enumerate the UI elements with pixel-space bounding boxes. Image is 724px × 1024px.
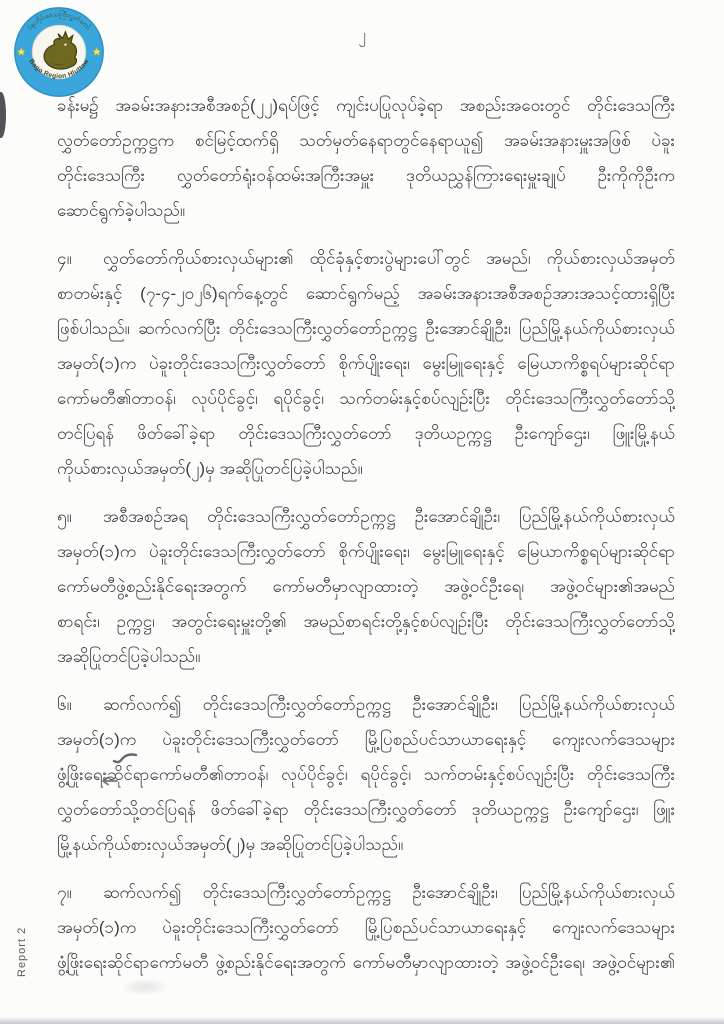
text-line: လွှတ်တော်ဥက္ကဋ္ဌက စင်မြင့်ထက်ရှိ သတ်မှတ်… xyxy=(57,123,675,158)
paragraph: ခန်းမ၌ အခမ်းအနားအစီအစဉ်(၂၂)ရပ်ဖြင့် ကျင်… xyxy=(57,88,675,228)
pen-checkmark-icon xyxy=(112,752,138,766)
scan-smudge xyxy=(120,978,170,996)
paragraph-number: ၄။ xyxy=(57,241,103,276)
text-line: ဆက်လက်၍ တိုင်းဒေသကြီးလွှတ်တော်ဥက္ကဋ္ဌ ဦး… xyxy=(103,875,675,910)
paragraph-number: ၆။ xyxy=(57,687,103,722)
paragraph: ၄။ လွှတ်တော်ကိုယ်စားလှယ်များ၏ ထိုင်ခုံနှ… xyxy=(57,241,675,486)
text-line: အမှတ်(၁)က ပဲခူးတိုင်းဒေသကြီးလွှတ်တော် စိ… xyxy=(57,346,675,381)
side-label-report: Report 2 xyxy=(16,901,28,977)
text-line: လွှတ်တော်သို့တင်ပြရန် ဖိတ်ခေါ်ခဲ့ရာ တိုင… xyxy=(57,792,675,827)
paragraph-number: ၅။ xyxy=(57,499,103,534)
text-line: ကိုယ်စားလှယ်အမှတ်(၂)မှ အဆိုပြုတင်ပြခဲ့ပါ… xyxy=(57,451,675,486)
scan-edge-mark xyxy=(0,92,6,138)
text-line: ကော်မတီဖွဲ့စည်းနိုင်ရေးအတွက် ကော်မတီမှာလ… xyxy=(57,569,675,604)
text-line: မြို့နယ်ကိုယ်စားလှယ်အမှတ်(၂)မှ အဆိုပြုတင… xyxy=(57,827,675,862)
paragraph-number: ၇။ xyxy=(57,875,103,910)
text-line: တိုင်းဒေသကြီး လွှတ်တော်ရုံးဝန်ထမ်းအကြီးအ… xyxy=(57,158,675,193)
scan-bottom-shadow xyxy=(0,1017,724,1024)
text-line: ဆောင်ရွက်ခဲ့ပါသည်။ xyxy=(57,193,675,228)
text-line: စာတမ်းနှင့် (၇-၄-၂၀၂၆)ရက်နေ့တွင် ဆောင်ရွ… xyxy=(57,276,675,311)
seal-icon: ပဲခူးတိုင်းဒေသကြီးလွှတ်တော် Bago Region … xyxy=(13,6,105,98)
text-line: အဆိုပြုတင်ပြခဲ့ပါသည်။ xyxy=(57,639,675,674)
text-line: ခန်းမ၌ အခမ်းအနားအစီအစဉ်(၂၂)ရပ်ဖြင့် ကျင်… xyxy=(57,88,675,123)
text-line: ကော်မတီ၏တာဝန်၊ လုပ်ပိုင်ခွင့်၊ ရပိုင်ခွင… xyxy=(57,381,675,416)
document-body: ခန်းမ၌ အခမ်းအနားအစီအစဉ်(၂၂)ရပ်ဖြင့် ကျင်… xyxy=(57,88,675,980)
text-line: ဖွံ့ဖြိုးရေးဆိုင်ရာကော်မတီ ဖွဲ့စည်းနိုင်… xyxy=(57,945,675,980)
text-line: လွှတ်တော်ကိုယ်စားလှယ်များ၏ ထိုင်ခုံနှင့်… xyxy=(103,241,675,276)
text-line: တင်ပြရန် ဖိတ်ခေါ်ခဲ့ရာ တိုင်းဒေသကြီးလွှတ… xyxy=(57,416,675,451)
text-line: အမှတ်(၁)က ပဲခူးတိုင်းဒေသကြီးလွှတ်တော် မြ… xyxy=(57,722,675,757)
pen-left-arrow-icon xyxy=(100,776,118,786)
paragraph: ၇။ ဆက်လက်၍ တိုင်းဒေသကြီးလွှတ်တော်ဥက္ကဋ္ဌ… xyxy=(57,875,675,980)
paragraph: ၅။ အစီအစဉ်အရ တိုင်းဒေသကြီးလွှတ်တော်ဥက္ကဋ… xyxy=(57,499,675,674)
text-line: ဖြစ်ပါသည်။ ဆက်လက်ပြီး တိုင်းဒေသကြီးလွှတ်… xyxy=(57,311,675,346)
text-line: ဆက်လက်၍ တိုင်းဒေသကြီးလွှတ်တော်ဥက္ကဋ္ဌ ဦး… xyxy=(103,687,675,722)
text-line: အမှတ်(၁)က ပဲခူးတိုင်းဒေသကြီးလွှတ်တော် စိ… xyxy=(57,534,675,569)
text-line: စာရင်း၊ ဥက္ကဋ္ဌ၊ အတွင်းရေးမှူးတို့၏ အမည်… xyxy=(57,604,675,639)
text-line: အမှတ်(၁)က ပဲခူးတိုင်းဒေသကြီးလွှတ်တော် မြ… xyxy=(57,910,675,945)
page-number: ၂ xyxy=(0,26,724,48)
paragraph: ၆။ ဆက်လက်၍ တိုင်းဒေသကြီးလွှတ်တော်ဥက္ကဋ္ဌ… xyxy=(57,687,675,862)
text-line: ဖွံ့ဖြိုးရေးဆိုင်ရာကော်မတီ၏တာဝန်၊ လုပ်ပိ… xyxy=(57,757,675,792)
text-line: အစီအစဉ်အရ တိုင်းဒေသကြီးလွှတ်တော်ဥက္ကဋ္ဌ … xyxy=(103,499,675,534)
